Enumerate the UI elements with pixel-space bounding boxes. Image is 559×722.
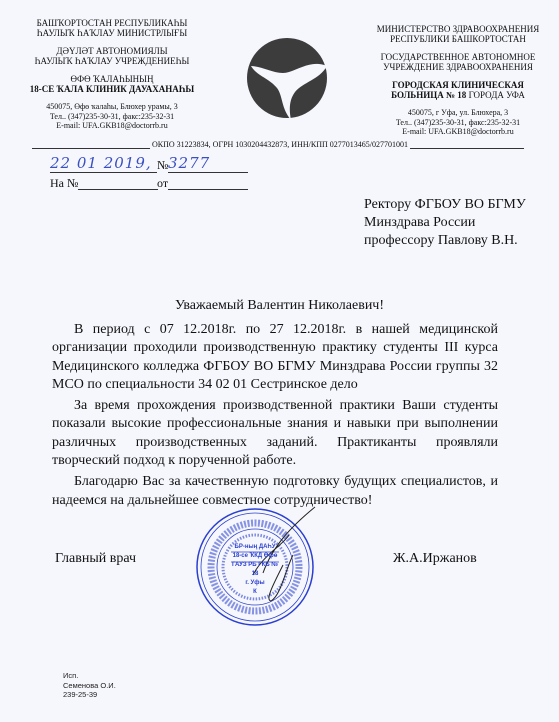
outgoing-date-field: 22 01 2019, [50,154,157,173]
executor-phone: 239-25-39 [63,690,116,700]
right-phone: Тел.. (347)235-30-31, факс:235-32-31 [362,118,554,128]
recipient-block: Ректору ФГБОУ ВО БГМУ Минздрава России п… [364,196,526,250]
outgoing-date: 22 01 2019, [50,154,152,172]
greeting: Уважаемый Валентин Николаевич! [0,298,559,314]
right-email: E-mail: UFA.GKB18@doctorrb.ru [362,127,554,137]
right-institution: ГОСУДАРСТВЕННОЕ АВТОНОМНОЕ УЧРЕЖДЕНИЕ ЗД… [362,52,554,72]
stamp-line: БР-ның ДАҺУ [230,543,280,552]
letter-body: В период с 07 12.2018г. по 27 12.2018г. … [52,321,498,513]
reference-date-field [168,176,248,190]
registration-codes: ОКПО 31223834, ОГРН 1030204432873, ИНН/К… [150,140,410,149]
outgoing-number-label: № [157,158,168,173]
stamp-line: 18-се ҠКД Өфө [230,552,280,561]
right-institution-line: УЧРЕЖДЕНИЕ ЗДРАВООХРАНЕНИЯ [362,62,554,72]
stamp-line: ГАУЗ РБ ГКБ № 18 [230,561,280,579]
left-ministry-line: БАШҠОРТОСТАН РЕСПУБЛИКАҺЫ [22,18,202,28]
left-hospital-line: ӨФӨ ҠАЛАҺЫНЫҢ [22,74,202,84]
left-ministry: БАШҠОРТОСТАН РЕСПУБЛИКАҺЫ ҺАУЛЫҠ ҺАҠЛАУ … [22,18,202,38]
executor-info: Исп. Семенова О.И. 239-25-39 [63,671,116,700]
right-hospital-line: БОЛЬНИЦА № 18 ГОРОДА УФА [362,90,554,100]
reference-date-label: от [157,176,168,191]
signatory-title: Главный врач [55,551,136,567]
signatory-name: Ж.А.Иржанов [393,551,477,567]
reference-number-field [78,176,158,190]
recipient-line: Ректору ФГБОУ ВО БГМУ [364,196,526,214]
executor-name: Семенова О.И. [63,681,116,691]
left-hospital-line: 18-СЕ ҠАЛА КЛИНИК ДАУАХАНАҺЫ [22,84,202,94]
recipient-line: Минздрава России [364,214,526,232]
left-phone: Тел.. (347)235-30-31, факс:235-32-31 [22,112,202,122]
left-institution-line: ДӘҮЛӘТ АВТОНОМИЯЛЫ [22,46,202,56]
left-address: 450075, Өфө ҡалаһы, Блюхер урамы, 3 [22,102,202,112]
right-hospital-city: ГОРОДА УФА [466,90,525,100]
left-ministry-line: ҺАУЛЫҠ ҺАҠЛАУ МИНИСТРЛЫҒЫ [22,28,202,38]
right-contacts: 450075, г Уфа, ул. Блюхера, 3 Тел.. (347… [362,108,554,137]
reference-number-label: На № [50,176,78,191]
stamp-line: г. Уфы [230,579,280,588]
right-ministry-line: РЕСПУБЛИКИ БАШКОРТОСТАН [362,34,554,44]
left-contacts: 450075, Өфө ҡалаһы, Блюхер урамы, 3 Тел.… [22,102,202,131]
left-institution-line: ҺАУЛЫҠ ҺАҠЛАУ УЧРЕЖДЕНИЕҺЫ [22,56,202,66]
right-ministry: МИНИСТЕРСТВО ЗДРАВООХРАНЕНИЯ РЕСПУБЛИКИ … [362,24,554,44]
right-hospital-number: БОЛЬНИЦА № 18 [391,90,466,100]
letterhead-left: БАШҠОРТОСТАН РЕСПУБЛИКАҺЫ ҺАУЛЫҠ ҺАҠЛАУ … [22,18,202,131]
stamp-line: К [230,588,280,597]
official-stamp: БР-ның ДАҺУ 18-се ҠКД Өфө ГАУЗ РБ ГКБ № … [193,505,318,630]
right-address: 450075, г Уфа, ул. Блюхера, 3 [362,108,554,118]
outgoing-number: 3277 [168,154,210,172]
body-paragraph: За время прохождения производственной пр… [52,397,498,470]
right-ministry-line: МИНИСТЕРСТВО ЗДРАВООХРАНЕНИЯ [362,24,554,34]
left-email: E-mail: UFA.GKB18@doctorrb.ru [22,121,202,131]
recipient-line: профессору Павлову В.Н. [364,232,526,250]
executor-label: Исп. [63,671,116,681]
hospital-swirl-logo-icon [243,36,331,120]
stamp-center-text: БР-ның ДАҺУ 18-се ҠКД Өфө ГАУЗ РБ ГКБ № … [230,543,280,597]
left-institution: ДӘҮЛӘТ АВТОНОМИЯЛЫ ҺАУЛЫҠ ҺАҠЛАУ УЧРЕЖДЕ… [22,46,202,66]
body-paragraph: В период с 07 12.2018г. по 27 12.2018г. … [52,321,498,394]
right-hospital: ГОРОДСКАЯ КЛИНИЧЕСКАЯ БОЛЬНИЦА № 18 ГОРО… [362,80,554,100]
letterhead-right: МИНИСТЕРСТВО ЗДРАВООХРАНЕНИЯ РЕСПУБЛИКИ … [362,24,554,137]
right-institution-line: ГОСУДАРСТВЕННОЕ АВТОНОМНОЕ [362,52,554,62]
right-hospital-line: ГОРОДСКАЯ КЛИНИЧЕСКАЯ [362,80,554,90]
left-hospital: ӨФӨ ҠАЛАҺЫНЫҢ 18-СЕ ҠАЛА КЛИНИК ДАУАХАНА… [22,74,202,94]
outgoing-number-field: 3277 [168,154,248,173]
